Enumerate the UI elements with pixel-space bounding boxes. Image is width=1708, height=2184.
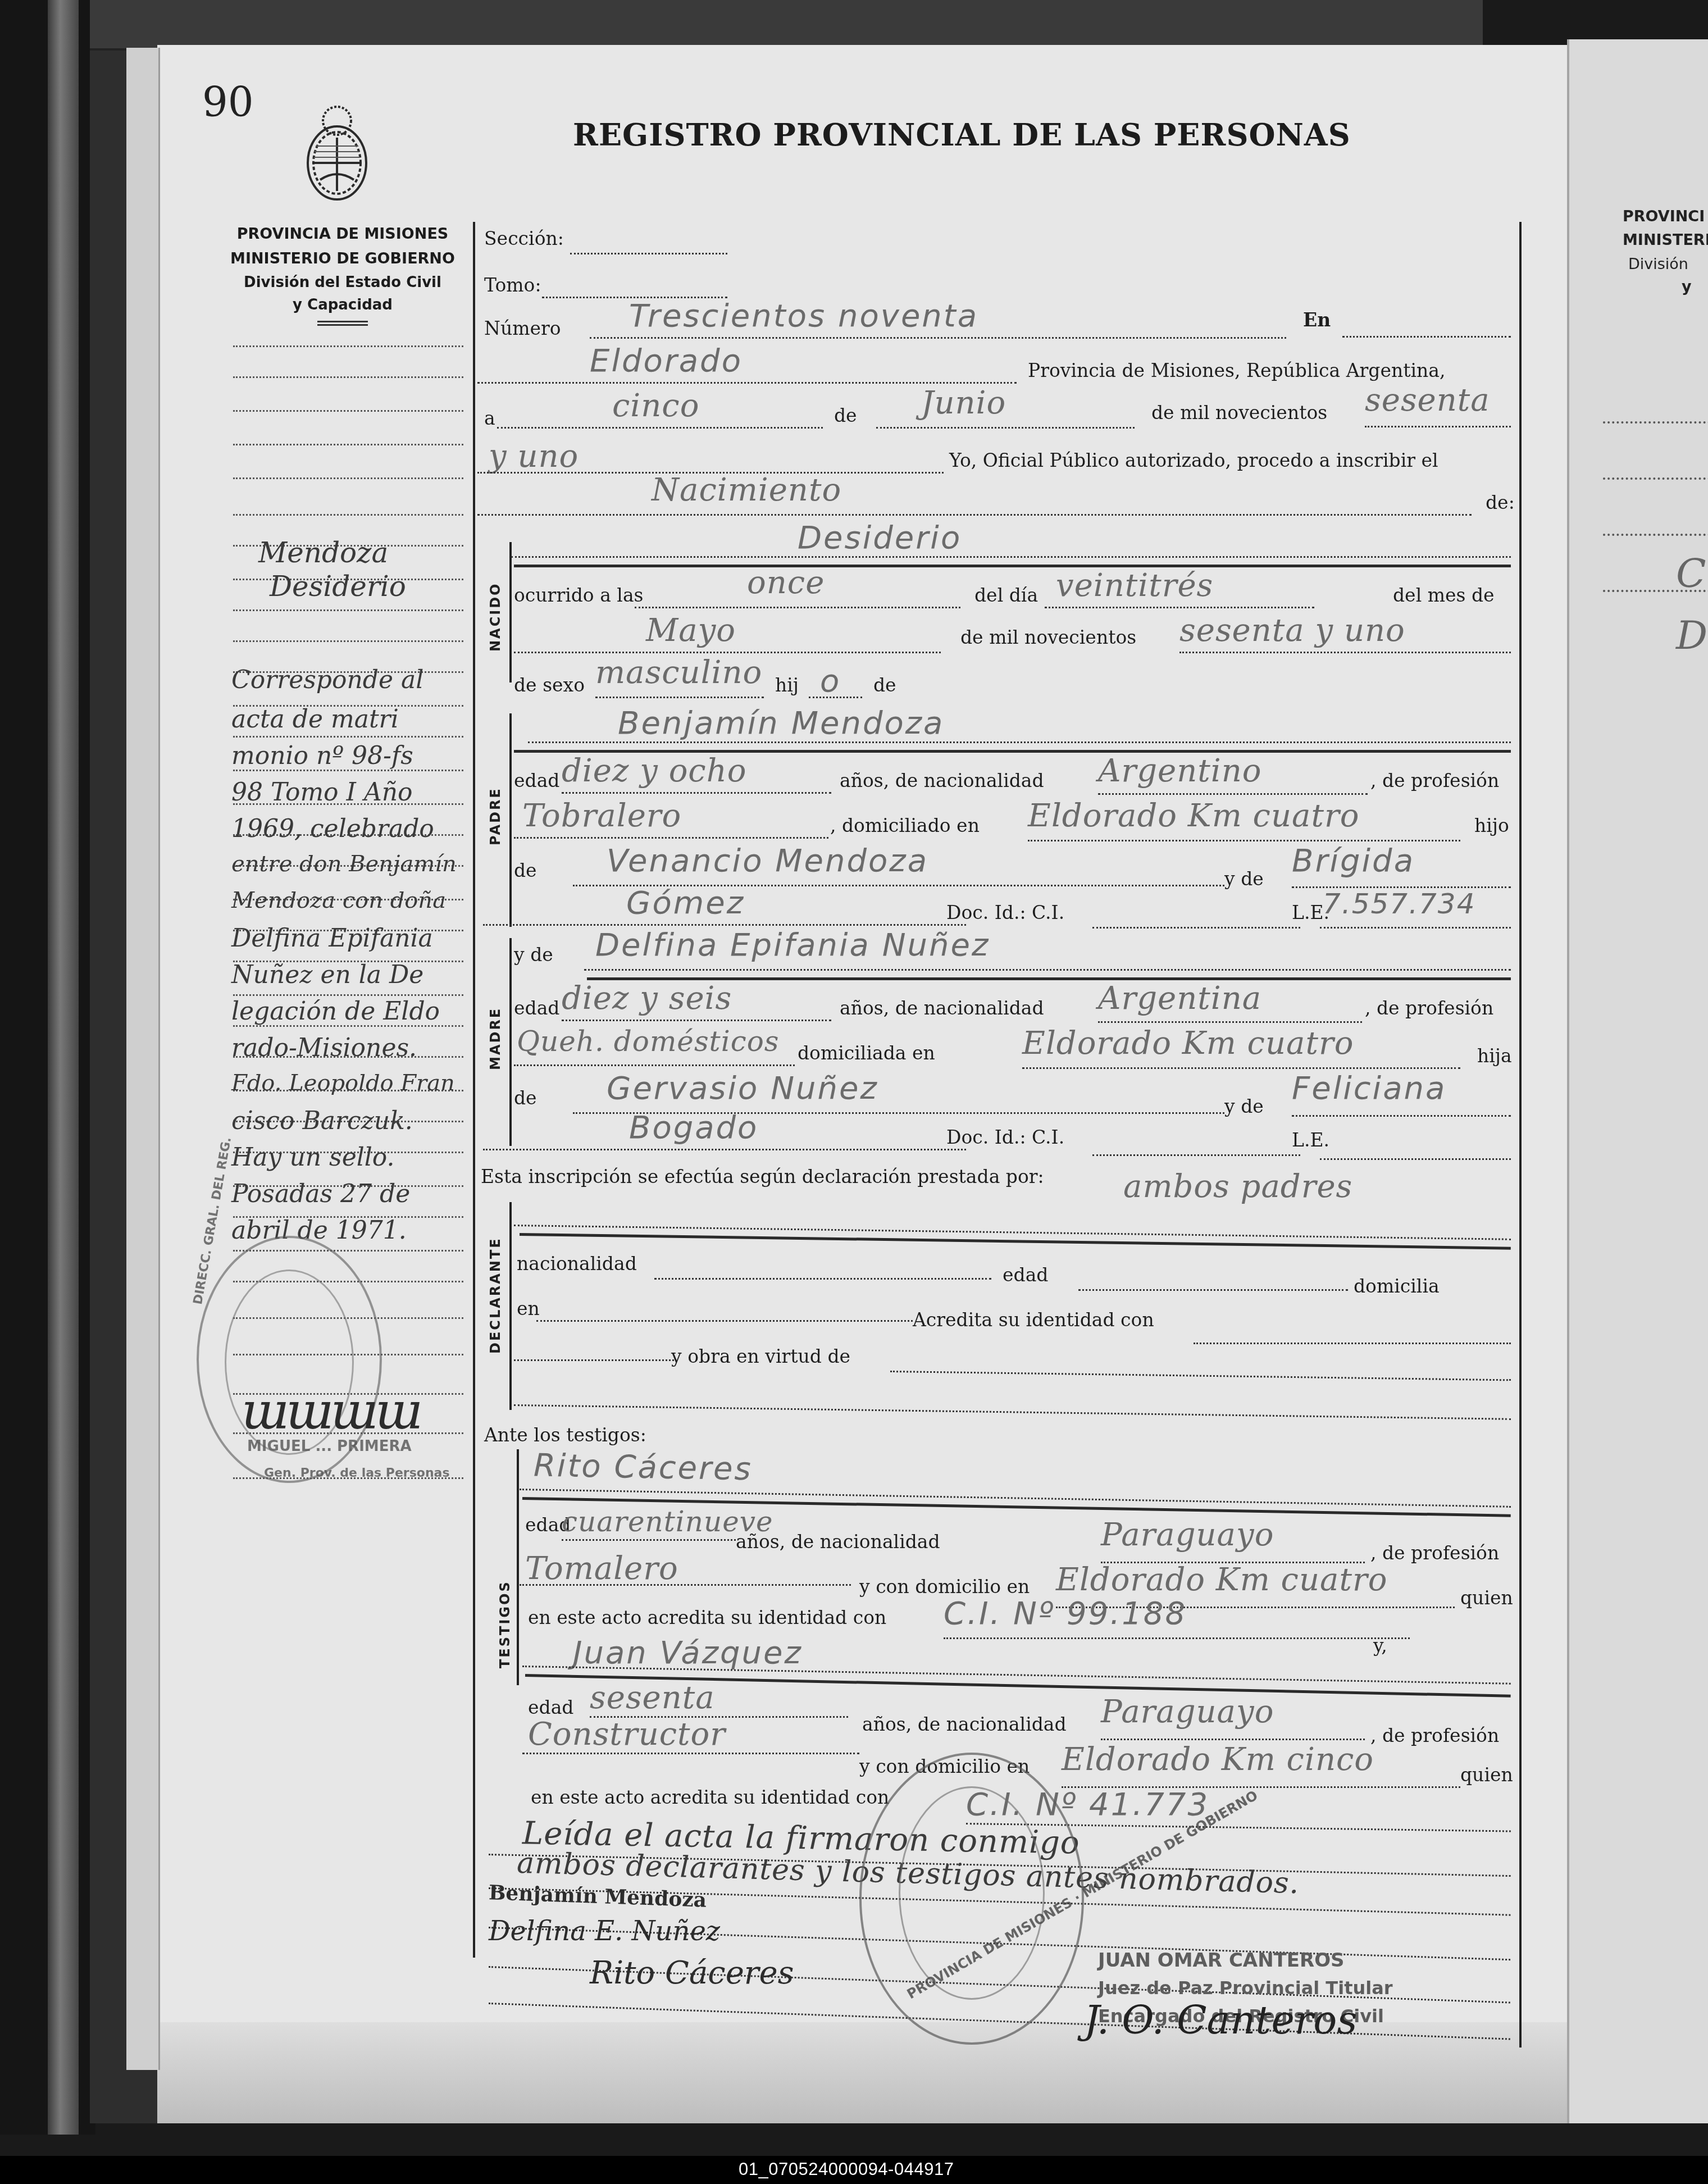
document-title: REGISTRO PROVINCIAL DE LAS PERSONAS	[573, 117, 1351, 153]
child-name-field[interactable]	[511, 556, 1511, 558]
coat-of-arms-icon	[298, 101, 376, 208]
en-field[interactable]	[1342, 336, 1511, 338]
edad-label-madre: edad	[514, 997, 559, 1019]
witness1-age-field[interactable]	[562, 1539, 736, 1541]
margin-stamp-name: MIGUEL ... PRIMERA	[247, 1438, 412, 1455]
mother-le-field[interactable]	[1320, 1158, 1511, 1160]
issuing-agency: PROVINCIA DE MISIONES MINISTERIO DE GOBI…	[219, 222, 466, 326]
margin-surname: Mendoza	[258, 536, 388, 569]
place-suffix: Provincia de Misiones, República Argenti…	[1028, 360, 1445, 381]
margin-note-line: Fdo. Leopoldo Fran	[231, 1070, 455, 1096]
y-de-label: y de	[1224, 868, 1264, 890]
declarante-en-label: en	[517, 1298, 540, 1320]
adjacent-page-line4: y	[1682, 278, 1692, 295]
hour-value: once	[747, 565, 825, 601]
adjacent-page-hand1: C	[1676, 550, 1706, 597]
w1-dom-label: y con domicilio en	[859, 1576, 1030, 1598]
maternal-grandfather-value: Gervasio Nuñez	[607, 1070, 878, 1107]
nat-label: años, de nacionalidad	[840, 770, 1044, 791]
sex-value: masculino	[595, 654, 762, 691]
birth-day-field[interactable]	[1045, 607, 1314, 608]
place-value: Eldorado	[590, 343, 743, 379]
tomo-label: Tomo:	[484, 274, 541, 296]
divider	[317, 321, 368, 326]
agency-province: PROVINCIA DE MISIONES	[219, 222, 466, 247]
birth-month-value: Mayo	[646, 612, 736, 649]
mother-prof-field[interactable]	[514, 1064, 795, 1066]
margin-note-line: 1969, celebrado	[231, 815, 434, 843]
day-value: cinco	[612, 388, 699, 424]
mother-dom-value: Eldorado Km cuatro	[1022, 1025, 1354, 1062]
officer-clause: Yo, Oficial Público autorizado, procedo …	[949, 449, 1438, 471]
w2-nat-label: años, de nacionalidad	[862, 1713, 1067, 1735]
testigos-bracket	[517, 1449, 519, 1685]
doc-id-label: Doc. Id.: C.I.	[946, 902, 1064, 923]
declarante-acredita-label: Acredita su identidad con	[913, 1309, 1154, 1331]
right-border	[1519, 222, 1522, 2048]
w2-edad-label: edad	[528, 1696, 573, 1718]
margin-note-line: entre don Benjamín	[231, 851, 457, 877]
father-name-field[interactable]	[528, 741, 1511, 743]
y-de-label-madre: y de	[514, 944, 553, 966]
father-age-field[interactable]	[562, 792, 831, 794]
mother-name-field[interactable]	[584, 969, 1511, 971]
mother-nat-field[interactable]	[1098, 1021, 1362, 1023]
place-field[interactable]	[477, 382, 1017, 384]
birth-month-field[interactable]	[514, 652, 941, 653]
mother-name-value: Delfina Epifania Nuñez	[595, 927, 990, 963]
nat-label-madre: años, de nacionalidad	[840, 997, 1044, 1019]
year-prefix: de mil novecientos	[1151, 402, 1327, 424]
section-rule	[514, 565, 1511, 567]
seccion-field[interactable]	[570, 253, 727, 254]
le-label-madre: L.E.	[1292, 1129, 1329, 1151]
birth-year-field[interactable]	[1179, 652, 1511, 653]
margin-note-line: Hay un sello.	[231, 1143, 395, 1172]
declarante-obra-label: y obra en virtud de	[671, 1345, 850, 1367]
a-label: a	[484, 407, 495, 429]
adjacent-page-line1: PROVINCI	[1623, 208, 1705, 225]
margin-note-line: Mendoza con doña	[231, 888, 446, 913]
witness2-dom-value: Eldorado Km cinco	[1062, 1741, 1374, 1778]
mother-dom-field[interactable]	[1022, 1067, 1460, 1069]
margin-note-line: Nuñez en la De	[231, 961, 423, 989]
de-label-madre: de	[514, 1087, 537, 1109]
testigos-intro: Ante los testigos:	[484, 1424, 646, 1446]
birth-year-label: de mil novecientos	[960, 626, 1136, 648]
folio-number: 90	[202, 79, 254, 126]
margin-note-line: monio nº 98-fs	[231, 741, 413, 770]
paternal-grandmother-value: Brígida	[1292, 843, 1415, 879]
section-label-nacido: NACIDO	[488, 582, 503, 652]
year-field[interactable]	[1365, 426, 1511, 427]
declarante-id-field-2[interactable]	[514, 1359, 674, 1361]
image-id: 01_070524000094-044917	[739, 2159, 954, 2180]
mother-prof-value: Queh. domésticos	[517, 1025, 779, 1058]
year-value-2: y uno	[489, 438, 579, 475]
witness1-prof-field[interactable]	[520, 1584, 851, 1586]
padre-bracket	[509, 713, 512, 927]
adjacent-page-line3: División	[1628, 256, 1688, 273]
margin-note-line: Posadas 27 de	[231, 1180, 410, 1208]
registrar-signature: ɯɯɯɯ	[242, 1382, 420, 1441]
official-role: Juez de Paz Provincial Titular	[1098, 1977, 1393, 1999]
child-name-value: Desiderio	[798, 520, 962, 556]
w1-prof-label: , de profesión	[1370, 1542, 1499, 1564]
birth-year-value: sesenta y uno	[1179, 612, 1405, 649]
declarante-bracket	[509, 1202, 512, 1410]
doc-id-label-madre: Doc. Id.: C.I.	[946, 1126, 1064, 1148]
witness2-nat-field[interactable]	[1101, 1739, 1365, 1740]
witness2-prof-field[interactable]	[522, 1753, 859, 1754]
dom-label-madre: domiciliada en	[798, 1042, 935, 1064]
mother-age-field[interactable]	[562, 1020, 831, 1021]
month-field[interactable]	[876, 427, 1135, 429]
witness1-id-value: C.I. Nº 99.188	[944, 1595, 1187, 1632]
de-label-3: de	[514, 859, 537, 881]
declarante-en-field[interactable]	[536, 1320, 913, 1322]
mother-age-value: diez y seis	[562, 980, 732, 1017]
section-label-declarante: DECLARANTE	[488, 1237, 503, 1354]
sex-label: de sexo	[514, 674, 585, 696]
father-name-value: Benjamín Mendoza	[618, 705, 944, 741]
w2-quien-label: quien	[1460, 1764, 1513, 1786]
w2-prof-label: , de profesión	[1370, 1725, 1499, 1746]
father-prof-value: Tobralero	[522, 798, 681, 834]
month-label: del mes de	[1393, 584, 1495, 606]
witness1-id-field[interactable]	[944, 1637, 1410, 1639]
father-dom-field[interactable]	[1028, 840, 1460, 841]
margin-note-line: acta de matri	[231, 705, 399, 734]
agency-capacity: y Capacidad	[219, 294, 466, 316]
hour-field[interactable]	[635, 607, 960, 608]
declarante-nat-label: nacionalidad	[517, 1253, 637, 1275]
w1-acredita-label: en este acto acredita su identidad con	[528, 1607, 886, 1628]
witness2-prof-value: Constructor	[528, 1716, 726, 1753]
maternal-grandmother-surname-field[interactable]	[483, 1149, 966, 1150]
year-value-1: sesenta	[1365, 382, 1490, 418]
witness1-name-value: Rito Cáceres	[533, 1448, 753, 1488]
father-nat-field[interactable]	[1098, 793, 1368, 795]
father-ci-field[interactable]	[1092, 927, 1300, 929]
act-type-value: Nacimiento	[652, 472, 841, 508]
declarante-edad-label: edad	[1003, 1264, 1048, 1286]
father-le-value: 7.557.734	[1323, 888, 1475, 920]
father-le-field[interactable]	[1320, 927, 1511, 929]
declaration-label: Esta inscripción se efectúa según declar…	[481, 1166, 1044, 1187]
margin-note-line: 98 Tomo I Año	[231, 778, 413, 807]
binder-top-edge	[90, 0, 1483, 51]
father-dom-value: Eldorado Km cuatro	[1028, 798, 1359, 834]
nacido-bracket	[509, 542, 512, 683]
paternal-grandfather-value: Venancio Mendoza	[607, 843, 928, 879]
w1-y-label: y,	[1373, 1635, 1387, 1657]
maternal-grandmother-field[interactable]	[1292, 1115, 1511, 1117]
adjacent-page: PROVINCI MINISTERIO División y C D	[1567, 39, 1708, 2123]
act-type-field[interactable]	[477, 514, 1472, 516]
hij-field[interactable]	[809, 697, 862, 698]
agency-ministry: MINISTERIO DE GOBIERNO	[219, 247, 466, 271]
official-signature: J. O. Canteros	[1084, 1997, 1357, 2043]
day-label: del día	[974, 584, 1038, 606]
mother-ci-field[interactable]	[1092, 1154, 1300, 1156]
official-name: JUAN OMAR CANTEROS	[1098, 1949, 1345, 1972]
margin-note-line: rado-Misiones.	[231, 1034, 417, 1062]
margin-stamp-role: Gen. Prov. de las Personas	[264, 1466, 449, 1480]
numero-label: Número	[484, 317, 561, 339]
margin-note-line: Corresponde al	[231, 666, 423, 694]
section-label-padre: PADRE	[488, 787, 503, 845]
month-value: Junio	[921, 385, 1006, 421]
y-de-label-madre-2: y de	[1224, 1095, 1264, 1117]
declarante-nat-field[interactable]	[654, 1278, 991, 1280]
edad-label: edad	[514, 770, 559, 791]
witness2-nat-value: Paraguayo	[1101, 1694, 1274, 1730]
hija-label: hija	[1477, 1045, 1512, 1067]
en-label: En	[1303, 309, 1331, 331]
declaration-value: ambos padres	[1123, 1168, 1352, 1205]
numero-field[interactable]	[590, 337, 1286, 339]
declarante-edad-field[interactable]	[1078, 1289, 1348, 1291]
margin-note-line: cisco Barczuk.	[231, 1107, 413, 1135]
section-label-madre: MADRE	[488, 1007, 503, 1070]
father-nat-value: Argentino	[1098, 753, 1261, 789]
margin-divider	[473, 222, 475, 1958]
prof-label: , de profesión	[1370, 770, 1499, 791]
witness2-name-value: Juan Vázquez	[573, 1635, 803, 1671]
hijo-label: hijo	[1474, 815, 1509, 836]
birth-day-value: veintitrés	[1056, 567, 1213, 604]
hour-label: ocurrido a las	[514, 584, 644, 606]
page-spine	[126, 48, 160, 2070]
declarante-domicilia-label: domicilia	[1354, 1275, 1440, 1297]
margin-note-line: Delfina Epifania	[231, 924, 433, 953]
seccion-label: Sección:	[484, 228, 564, 249]
image-caption-bar: 01_070524000094-044917	[0, 2156, 1708, 2184]
paternal-grandmother-surname-field[interactable]	[483, 924, 966, 926]
numero-value: Trescientos noventa	[629, 298, 978, 334]
witness1-prof-value: Tomalero	[525, 1550, 678, 1587]
dom-label: , domiciliado en	[830, 815, 980, 836]
margin-note-line: legación de Eldo	[231, 997, 440, 1026]
mother-nat-value: Argentina	[1098, 980, 1261, 1017]
adjacent-page-line2: MINISTERIO	[1623, 231, 1708, 249]
section-label-testigos: TESTIGOS	[497, 1580, 513, 1668]
maternal-grandmother-surname: Bogado	[629, 1109, 758, 1146]
mother-signature: Delfina E. Nuñez	[489, 1915, 720, 1947]
sex-field[interactable]	[595, 697, 764, 698]
witness2-age-value: sesenta	[590, 1680, 715, 1716]
father-prof-field[interactable]	[514, 837, 828, 839]
torn-edge	[48, 0, 79, 2135]
madre-bracket	[509, 938, 512, 1146]
maternal-grandmother-value: Feliciana	[1292, 1070, 1446, 1107]
de-colon-label: de:	[1486, 492, 1515, 513]
father-age-value: diez y ocho	[562, 753, 747, 789]
margin-given-name: Desiderio	[270, 570, 406, 603]
w2-acredita-label: en este acto acredita su identidad con	[531, 1786, 889, 1808]
hij-label: hij	[775, 674, 799, 696]
hij-value: o	[820, 663, 841, 699]
agency-division: División del Estado Civil	[219, 271, 466, 294]
w1-quien-label: quien	[1460, 1587, 1513, 1609]
page-bottom-shadow	[157, 2022, 1578, 2123]
witness-signature: Rito Cáceres	[590, 1955, 794, 1991]
de-label: de	[834, 404, 857, 426]
paternal-grandmother-surname: Gómez	[626, 885, 745, 921]
w1-nat-label: años, de nacionalidad	[736, 1531, 940, 1553]
declarante-id-field[interactable]	[1194, 1343, 1511, 1344]
de-label-2: de	[873, 674, 896, 696]
witness1-nat-value: Paraguayo	[1101, 1517, 1274, 1553]
witness1-dom-value: Eldorado Km cuatro	[1056, 1562, 1387, 1598]
day-field[interactable]	[497, 427, 823, 429]
margin-note-line: abril de 1971.	[231, 1216, 407, 1245]
prof-label-madre: , de profesión	[1365, 997, 1493, 1019]
adjacent-page-hand2: D	[1676, 612, 1707, 658]
